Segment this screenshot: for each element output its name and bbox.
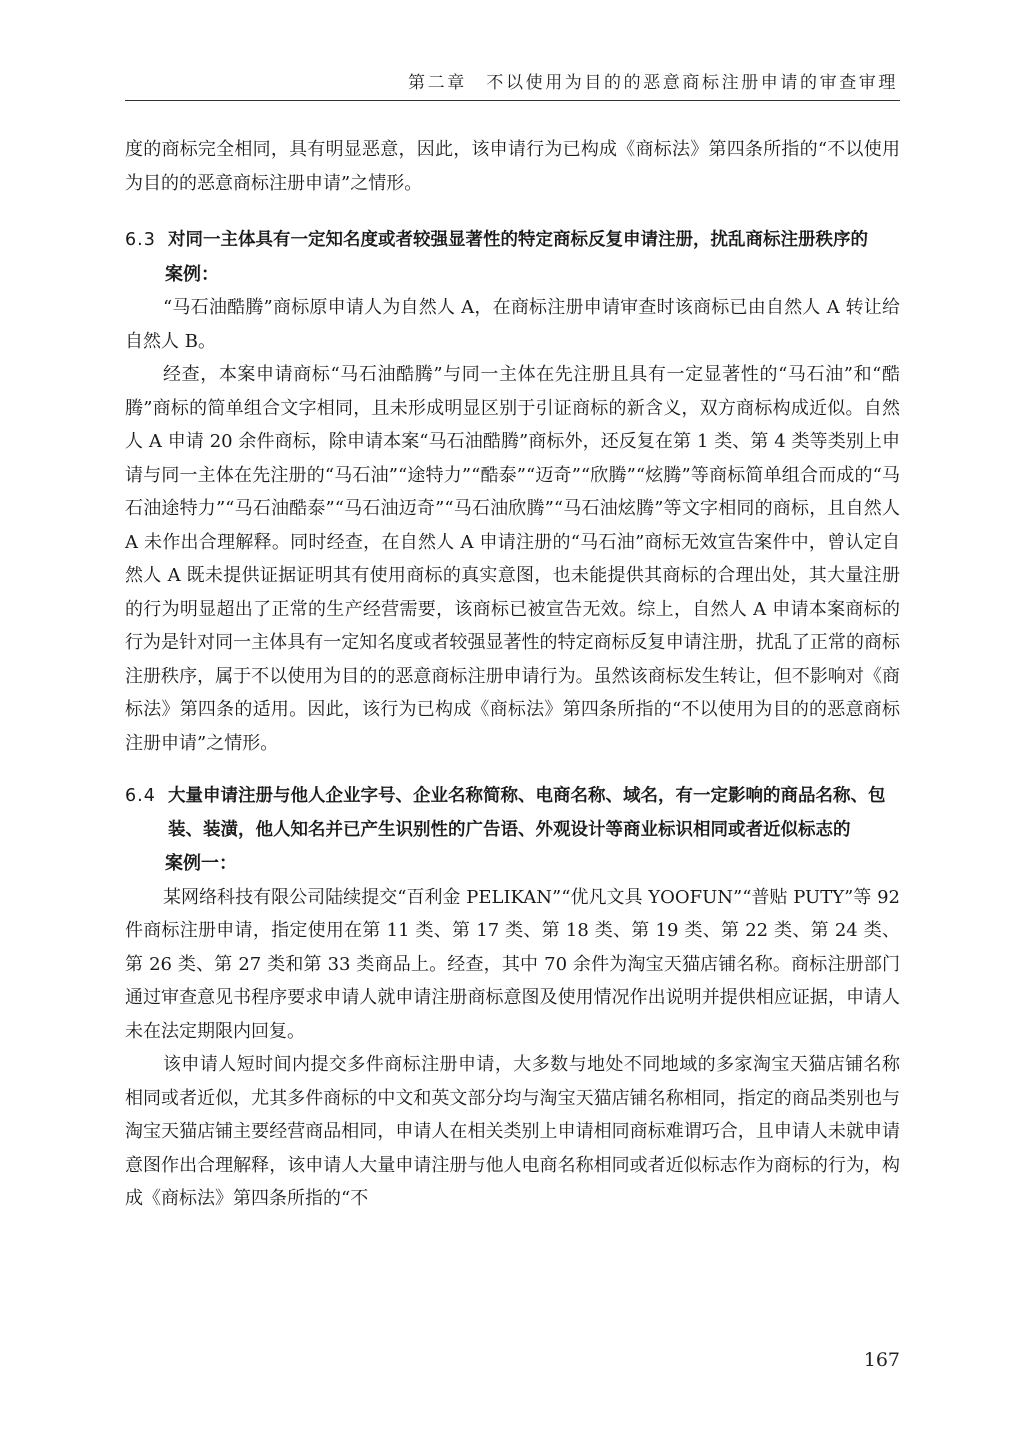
body-paragraph: 该申请人短时间内提交多件商标注册申请，大多数与地处不同地域的多家淘宝天猫店铺名称… [125, 1048, 900, 1216]
chapter-title: 第二章 不以使用为目的的恶意商标注册申请的审查审理 [408, 68, 898, 93]
intro-paragraph: 度的商标完全相同，具有明显恶意，因此，该申请行为已构成《商标法》第四条所指的“不… [125, 133, 900, 200]
running-header: 第二章 不以使用为目的的恶意商标注册申请的审查审理 [125, 62, 900, 101]
section-heading-6-3: 6.3 对同一主体具有一定知名度或者较强显著性的特定商标反复申请注册，扰乱商标注… [125, 224, 900, 258]
section-heading-6-4: 6.4 大量申请注册与他人企业字号、企业名称简称、电商名称、域名，有一定影响的商… [125, 780, 900, 847]
body-paragraph: “马石油酷腾”商标原申请人为自然人 A，在商标注册申请审查时该商标已由自然人 A… [125, 291, 900, 358]
section-number: 6.4 [125, 780, 156, 814]
section-heading-text: 对同一主体具有一定知名度或者较强显著性的特定商标反复申请注册，扰乱商标注册秩序的 [168, 230, 868, 250]
body-paragraph: 经查，本案申请商标“马石油酷腾”与同一主体在先注册且具有一定显著性的“马石油”和… [125, 358, 900, 760]
page-body: 度的商标完全相同，具有明显恶意，因此，该申请行为已构成《商标法》第四条所指的“不… [125, 133, 900, 1216]
page-number: 167 [0, 1349, 900, 1371]
section-number: 6.3 [125, 224, 156, 258]
case-label: 案例一： [125, 847, 900, 881]
body-paragraph: 某网络科技有限公司陆续提交“百利金 PELIKAN”“优凡文具 YOOFUN”“… [125, 881, 900, 1049]
case-label: 案例： [125, 258, 900, 292]
section-heading-text: 大量申请注册与他人企业字号、企业名称简称、电商名称、域名，有一定影响的商品名称、… [168, 786, 886, 840]
